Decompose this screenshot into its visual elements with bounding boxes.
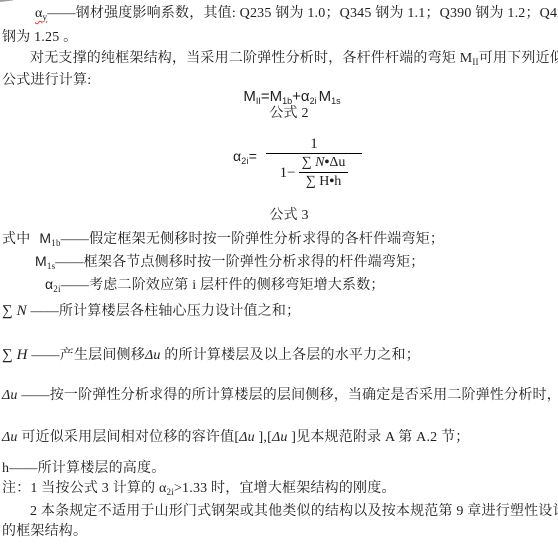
def-h-text: h——所计算楼层的高度。 xyxy=(2,461,165,476)
note-1: 注：1 当按公式 3 计算的 α2i>1.33 时，宜增大框架结构的刚度。 xyxy=(2,479,396,498)
formula-3-lhs: α2i= xyxy=(233,147,257,166)
stray-mark xyxy=(0,0,13,4)
sigma-icon: ∑ xyxy=(2,347,13,363)
alpha-definition-text: ——钢材强度影响系数，其值: Q235 钢为 1.0；Q345 钢为 1.1；Q… xyxy=(47,6,558,21)
formula3-alpha-sub: 2i xyxy=(241,156,248,166)
note2-text: 2 本条规定不适用于山形门式钢架或其他类似的结构以及按本规范第 9 章进行塑性设… xyxy=(30,504,558,519)
note-2-continuation: 的框架结构。 xyxy=(2,522,87,541)
para-alpha-coefficient: αy——钢材强度影响系数，其值: Q235 钢为 1.0；Q345 钢为 1.1… xyxy=(35,4,558,23)
def-m1s-text: ——框架各节点侧移时按一阶弹性分析求得的杆件端弯矩； xyxy=(55,255,424,270)
def-alpha2i: α2i——考虑二阶效应第 i 层杆件的侧移弯矩增大系数； xyxy=(45,275,385,295)
note1-text-b: >1.33 时，宜增大框架结构的刚度。 xyxy=(174,481,396,496)
note1-text-a: 注：1 当按公式 3 计算的 α xyxy=(2,481,167,496)
formula3-term-h: h xyxy=(334,174,341,189)
def-sumh-text1: ——产生层间侧移 xyxy=(28,348,145,363)
sigma-icon: ∑ xyxy=(302,155,312,170)
def-delta-u-1: Δu ——按一阶弹性分析求得的所计算楼层的层间侧移，当确定是否采用二阶弹性分析时… xyxy=(2,386,558,405)
para-frame-structure: 对无支撑的纯框架结构，当采用二阶弹性分析时，各杆件杆端的弯矩 MII可用下列近似 xyxy=(30,49,558,68)
delta-u-term: Δu xyxy=(2,430,18,445)
def-du2-text3: ]见本规范附录 A 第 A.2 节； xyxy=(288,430,470,445)
def-alpha2i-sub: 2i xyxy=(53,284,60,294)
formula3-inner-numerator: ∑ N•Δu xyxy=(299,155,349,173)
def-delta-u-2: Δu 可近似采用层间相对位移的容许值[Δu ],[Δu ]见本规范附录 A 第 … xyxy=(2,428,469,447)
delta-u-term: Δu xyxy=(272,430,288,445)
formula3-numerator: 1 xyxy=(266,136,362,154)
document-page: αy——钢材强度影响系数，其值: Q235 钢为 1.0；Q345 钢为 1.1… xyxy=(0,0,558,544)
para-alpha-coefficient-line2: 钢为 1.25 。 xyxy=(2,28,77,47)
def-m1b-symbol: M xyxy=(39,230,51,246)
def-sumh-text2: 的所计算楼层及以上各层的水平力之和； xyxy=(161,348,420,363)
frame-text-after: 可用下列近似 xyxy=(479,51,558,66)
def-du2-text2: ],[ xyxy=(255,430,272,445)
note1-sub: 2i xyxy=(167,487,174,497)
def-prefix: 式中 xyxy=(2,232,30,247)
note-2: 2 本条规定不适用于山形门式钢架或其他类似的结构以及按本规范第 9 章进行塑性设… xyxy=(30,502,558,521)
def-du1-text: ——按一阶弹性分析求得的所计算楼层的层间侧移，当确定是否采用二阶弹性分析时， xyxy=(18,388,558,403)
formula2-part4: M xyxy=(319,88,332,105)
formula3-denominator: 1− ∑ N•Δu ∑ H•h xyxy=(266,154,362,190)
formula-2-caption: 公式 2 xyxy=(10,104,558,123)
delta-u-term: Δu xyxy=(239,430,255,445)
sigma-icon: ∑ xyxy=(2,303,13,319)
def-sum-n: ∑ N ——所计算楼层各柱轴心压力设计值之和； xyxy=(2,302,300,321)
def-m1b-text: ——假定框架无侧移时按一阶弹性分析求得的各杆件端弯矩； xyxy=(61,232,444,247)
note2-cont-text: 的框架结构。 xyxy=(2,524,87,539)
formula3-one-minus: 1− xyxy=(280,165,296,181)
def-alpha2i-text: ——考虑二阶效应第 i 层杆件的侧移弯矩增大系数； xyxy=(61,278,385,293)
def-m1s: M1s——框架各节点侧移时按一阶弹性分析求得的杆件端弯矩； xyxy=(35,252,424,272)
formula3-inner-fraction: ∑ N•Δu ∑ H•h xyxy=(299,155,349,190)
formula2-part3: +α xyxy=(292,88,309,105)
def-m1b: 式中M1b——假定框架无侧移时按一阶弹性分析求得的各杆件端弯矩； xyxy=(2,229,444,249)
delta-u-term: Δu xyxy=(2,388,18,403)
formula2-part2: =M xyxy=(261,88,282,105)
formula3-var-h: H xyxy=(319,174,329,189)
def-sumn-text: ——所计算楼层各柱轴心压力设计值之和； xyxy=(27,304,301,319)
def-m1b-sub: 1b xyxy=(51,238,60,248)
alpha-definition-text-2: 钢为 1.25 。 xyxy=(2,30,77,45)
formula3-inner-denominator: ∑ H•h xyxy=(299,173,349,190)
formula-3-caption: 公式 3 xyxy=(10,206,558,225)
def-sum-h: ∑ H ——产生层间侧移Δu 的所计算楼层及以上各层的水平力之和； xyxy=(2,346,420,365)
def-sumh-var: H xyxy=(17,347,28,363)
alpha-y-term: αy xyxy=(35,6,47,21)
def-h: h——所计算楼层的高度。 xyxy=(2,459,165,478)
formula3-caption-text: 公式 3 xyxy=(269,208,308,223)
formula-3-fraction: 1 1− ∑ N•Δu ∑ H•h xyxy=(266,136,362,190)
formula2-caption-text: 公式 2 xyxy=(269,106,308,121)
formula2-part1: M xyxy=(243,88,256,105)
frame-text-2: 公式进行计算: xyxy=(2,73,91,88)
delta-u-term: Δu xyxy=(145,348,161,363)
frame-text-before: 对无支撑的纯框架结构，当采用二阶弹性分析时，各杆件杆端的弯矩 M xyxy=(30,51,472,66)
formula3-delta-u: Δu xyxy=(329,155,345,170)
alpha-symbol: α xyxy=(35,6,43,21)
sigma-icon: ∑ xyxy=(306,174,316,189)
def-m1s-symbol: M xyxy=(35,253,47,269)
def-du2-text1: 可近似采用层间相对位移的容许值[ xyxy=(18,430,240,445)
def-sumn-var: N xyxy=(17,303,27,319)
formula3-equals: = xyxy=(249,148,257,164)
